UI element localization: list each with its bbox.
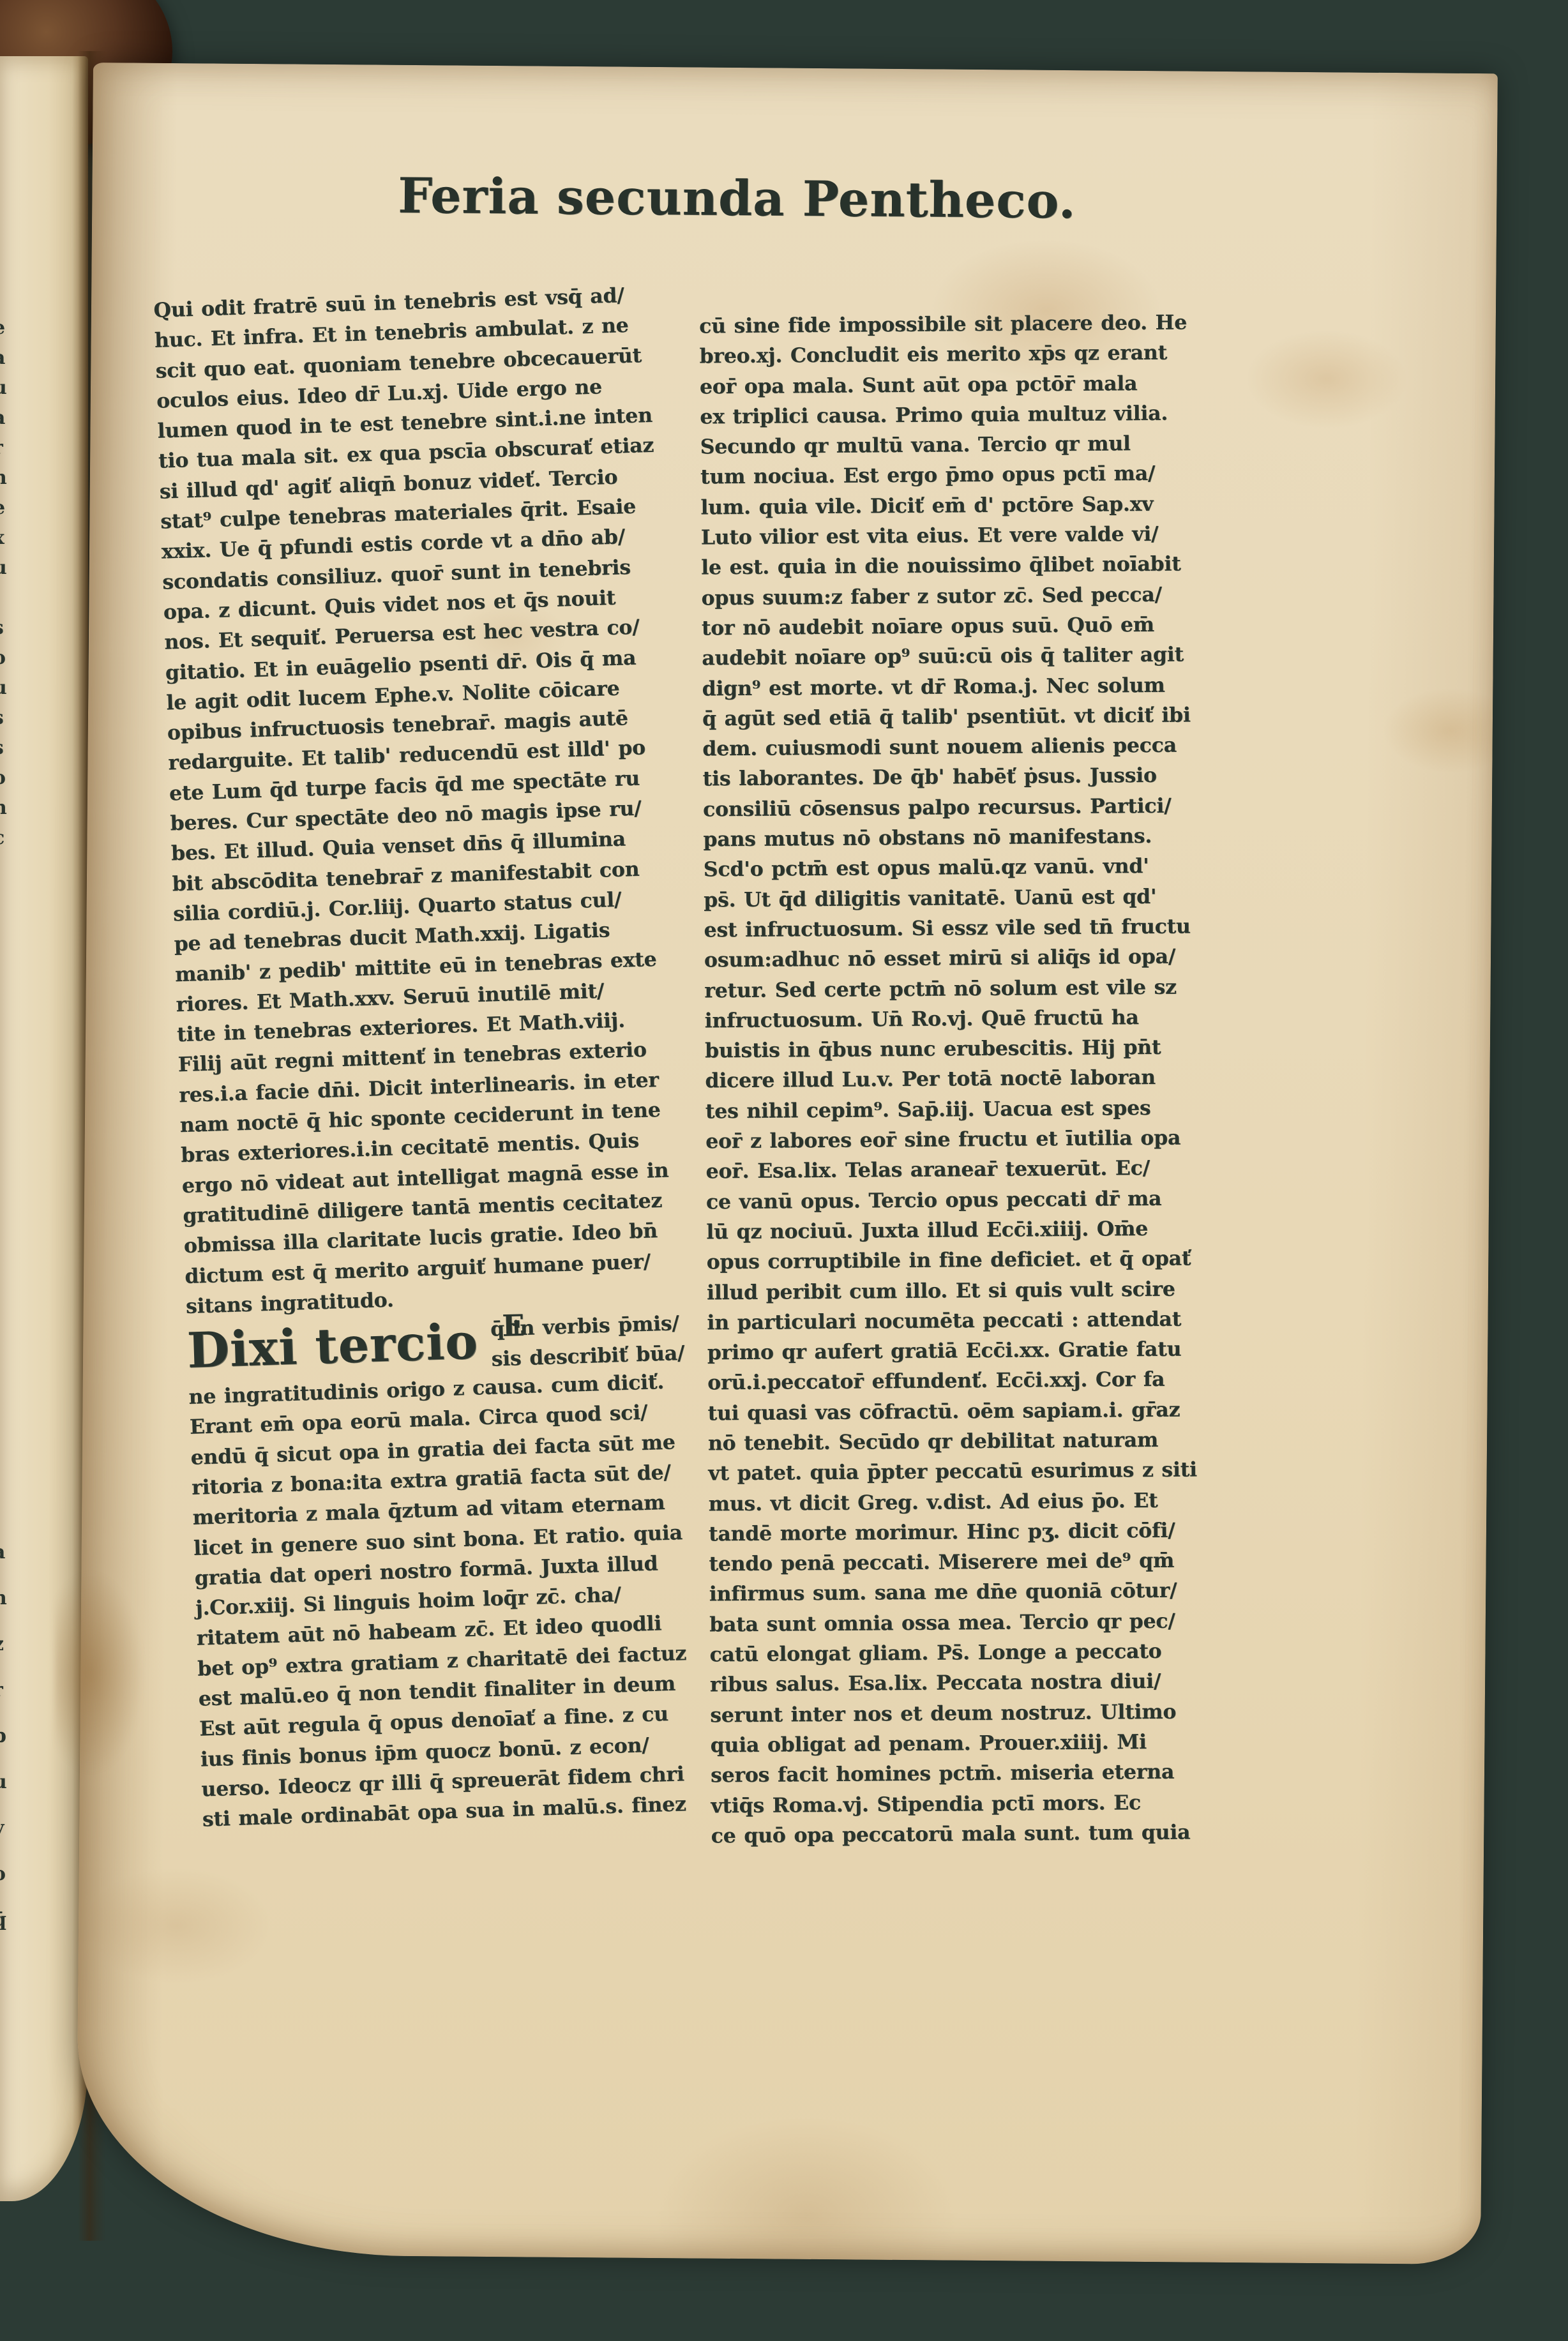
text-line: tum nociua. Est ergo p̄mo opus pctī ma/ [700, 458, 1262, 492]
text-line: s [0, 733, 12, 763]
text-line: a [0, 343, 12, 373]
paragraph-mark: E [502, 1308, 525, 1343]
text-line: ribus salus. Esa.lix. Peccata nostra diu… [710, 1666, 1272, 1700]
text-line: Secundo qr multū vana. Tercio qr mul [700, 428, 1262, 462]
text-line: pans mutus nō obstans nō manifestans. [703, 820, 1265, 855]
facing-page-text-fragments-lower: anzrpuvoq̄ [0, 1530, 12, 1943]
text-line: ps̄. Ut q̄d diligitis vanitatē. Uanū est… [704, 880, 1265, 915]
text-line: u [0, 1759, 12, 1805]
text-line: buistis in q̄bus nunc erubescitis. Hij p… [705, 1032, 1267, 1066]
gutter-stain [55, 1570, 144, 1775]
text-line: mus. vt dicit Greg. v.dist. Ad eius p̄o.… [708, 1484, 1270, 1519]
text-line: ex triplici causa. Primo quia multuz vil… [700, 397, 1262, 432]
facing-page-text-fragments-upper: eauarnexuisoussonc [0, 313, 12, 853]
text-line: q̄ [0, 1897, 12, 1943]
text-line: tui quasi vas cōfractū. oēm sapiam.i. gr… [707, 1394, 1269, 1428]
text-line: infructuosum. Un̄ Ro.vj. Quē fructū ha [705, 1001, 1267, 1035]
text-line: retur. Sed certe pctm̄ nō solum est vile… [704, 971, 1266, 1005]
text-line: quia obligat ad penam. Prouer.xiiij. Mi [710, 1726, 1272, 1760]
text-line: tor nō audebit noīare opus suū. Quō em̄ [702, 609, 1263, 644]
text-line: o [0, 763, 12, 793]
text-line: e [0, 313, 12, 343]
text-line: tes nihil cepim⁹. Sap̄.iij. Uacua est sp… [705, 1092, 1267, 1126]
left-column-lines-2: ne ingratitudinis origo z causa. cum dic… [188, 1365, 745, 1835]
text-line: r [0, 1667, 12, 1713]
text-line: o [0, 643, 12, 673]
text-line: eor̄. Esa.lix. Telas aranear̄ texuerūt. … [705, 1152, 1267, 1187]
text-line: q̄ agūt sed etiā q̄ talib' psentiūt. vt … [702, 699, 1264, 734]
text-line: r [0, 433, 12, 463]
text-line: c [0, 823, 12, 853]
text-line: a [0, 1530, 12, 1576]
text-line: serunt inter nos et deum nostruz. Ultimo [710, 1696, 1272, 1730]
text-line: tis laborantes. De q̄b' habēť ṗsus. Juss… [703, 760, 1265, 794]
text-line: vtiq̄s Roma.vj. Stipendia pctī mors. Ec [711, 1786, 1272, 1821]
text-line: dicere illud Lu.v. Per totā noctē labora… [705, 1062, 1267, 1096]
text-line: opus corruptibile in fine deficiet. et q… [706, 1243, 1268, 1277]
facing-page-edge: eauarnexuisoussonc anzrpuvoq̄ [0, 56, 88, 2201]
right-column-lines: cū sine fide impossibile sit placere deo… [699, 307, 1273, 1851]
text-line: Luto vilior est vita eius. Et vere valde… [701, 518, 1263, 553]
text-line: ce quō opa peccatorū mala sunt. tum quia [711, 1816, 1273, 1851]
text-line: eor̄ z labores eor̄ sine fructu et īutil… [705, 1122, 1267, 1157]
text-line: bata sunt omnia ossa mea. Tercio qr pec/ [709, 1605, 1271, 1639]
text-line: lū qz nociuū. Juxta illud Ecc̄i.xiiij. O… [706, 1212, 1268, 1247]
text-line: u [0, 373, 12, 403]
text-line: s [0, 703, 12, 733]
text-line: tandē morte morimur. Hinc pʒ. dicit cōfi… [709, 1514, 1270, 1549]
text-line: eor̄ opa mala. Sunt aūt opa pctōr̄ mala [700, 367, 1262, 402]
text-line: s [0, 613, 12, 643]
text-line: audebit noīare op⁹ suū:cū ois q̄ taliter… [702, 639, 1263, 674]
text-line: infirmus sum. sana me dn̄e quoniā cōtur/ [709, 1575, 1271, 1609]
text-line: u [0, 553, 12, 583]
text-line: a [0, 403, 12, 433]
book-page: Feria secunda Pentheco. Qui odit fratrē … [76, 63, 1498, 2264]
text-line: n [0, 1576, 12, 1622]
text-line: le est. quia in die nouissimo q̄libet no… [701, 548, 1263, 583]
text-line: opus suum:z faber z sutor zc̄. Sed pecca… [701, 578, 1263, 613]
text-line: consiliū cōsensus palpo recursus. Partic… [703, 790, 1265, 824]
text-line: ce vanū opus. Tercio opus peccati dr̄ ma [706, 1182, 1268, 1217]
text-line: catū elongat gliam. Ps̄. Longe a peccato [709, 1636, 1271, 1670]
text-line: dign⁹ est morte. vt dr̄ Roma.j. Nec solu… [702, 669, 1263, 704]
text-line: est infructuosum. Si essz vile sed tn̄ f… [704, 910, 1265, 945]
text-line: breo.xj. Concludit eis merito xp̄s qz er… [699, 337, 1261, 372]
text-line: tendo penā peccati. Miserere mei de⁹ qm̄ [709, 1545, 1270, 1579]
text-line: osum:adhuc nō esset mirū si aliq̄s id op… [704, 941, 1266, 975]
text-line: v [0, 1805, 12, 1851]
text-line: nō tenebit. Secūdo qr debilitat naturam [708, 1424, 1270, 1458]
text-line: n [0, 793, 12, 823]
left-column: Qui odit fratrē suū in tenebris est vsq̄… [153, 278, 745, 1835]
text-line: z [0, 1622, 12, 1667]
text-line: vt patet. quia p̄pter peccatū esurimus z… [708, 1454, 1270, 1489]
text-line: x [0, 523, 12, 553]
text-line: p [0, 1713, 12, 1759]
text-line: Scd'o pctm̄ est opus malū.qz vanū. vnd' [704, 850, 1265, 885]
page-title: Feria secunda Pentheco. [360, 167, 1114, 229]
dixi-tercio-heading: Dixi tercio [186, 1312, 479, 1380]
right-column: cū sine fide impossibile sit placere deo… [699, 307, 1273, 1851]
text-line: in particulari nocumēta peccati : attend… [707, 1303, 1269, 1337]
left-column-lines-1: Qui odit fratrē suū in tenebris est vsq̄… [153, 278, 728, 1321]
text-line: i [0, 583, 12, 613]
text-line: cū sine fide impossibile sit placere deo… [699, 307, 1261, 342]
text-line: e [0, 493, 12, 523]
text-line: illud peribit cum illo. Et si quis vult … [707, 1273, 1269, 1307]
text-line: dem. cuiusmodi sunt nouem alienis pecca [702, 730, 1264, 764]
text-line: seros facit homines pctm̄. miseria etern… [711, 1756, 1272, 1791]
text-line: lum. quia vile. Diciť em̄ d' pctōre Sap.… [700, 488, 1262, 522]
text-line: o [0, 1851, 12, 1897]
text-line: orū.i.peccator̄ effundenť. Ecc̄i.xxj. Co… [707, 1364, 1269, 1398]
text-line: n [0, 463, 12, 493]
photo-background: eauarnexuisoussonc anzrpuvoq̄ Feria secu… [0, 0, 1568, 2341]
text-line: u [0, 673, 12, 703]
text-line: primo qr aufert gratiā Ecc̄i.xx. Gratie … [707, 1334, 1269, 1368]
